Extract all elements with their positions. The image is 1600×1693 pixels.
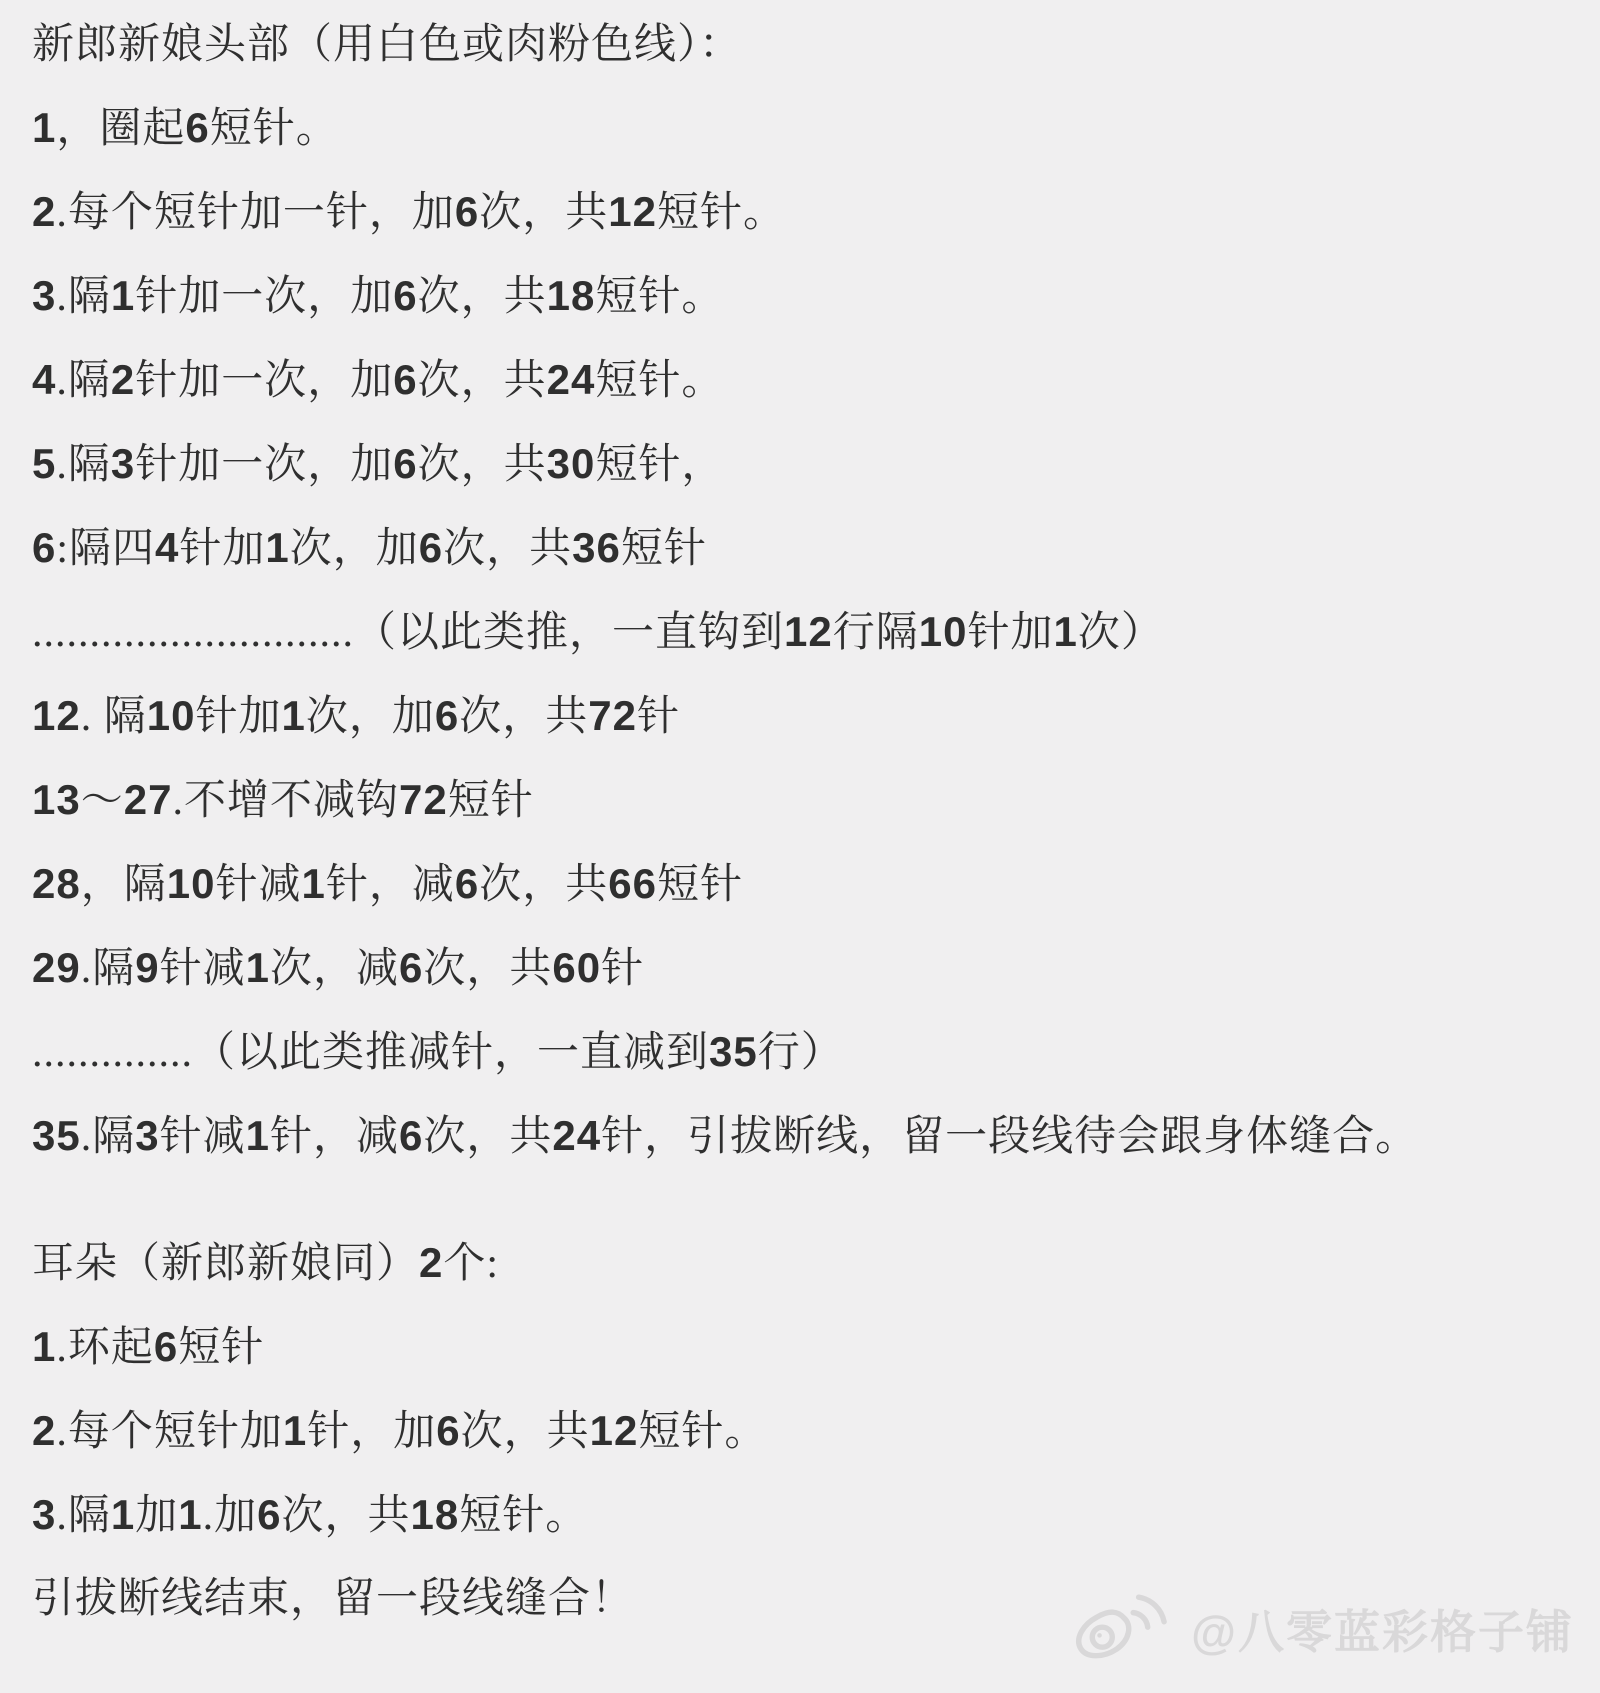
pattern-line: 6:隔四4针加1次，加6次，共36短针 <box>32 525 1572 572</box>
pattern-line: 28，隔10针减1针，减6次，共66短针 <box>32 861 1572 908</box>
pattern-document: 新郎新娘头部（用白色或肉粉色线）： 1，圈起6短针。 2.每个短针加一针，加6次… <box>0 0 1600 1622</box>
pattern-line: 5.隔3针加一次，加6次，共30短针， <box>32 441 1572 488</box>
pattern-line: 2.每个短针加1针，加6次，共12短针。 <box>32 1408 1572 1455</box>
pattern-line: 13～27.不增不减钩72短针 <box>32 777 1572 824</box>
section-title-head: 新郎新娘头部（用白色或肉粉色线）： <box>32 22 1572 68</box>
section-title-ears: 耳朵（新郎新娘同）2个: <box>32 1240 1572 1287</box>
pattern-line: 12. 隔10针加1次，加6次，共72针 <box>32 693 1572 740</box>
watermark: @八零蓝彩格子铺 <box>1075 1585 1574 1673</box>
pattern-line: 35.隔3针减1针，减6次，共24针，引拔断线，留一段线待会跟身体缝合。 <box>32 1113 1572 1160</box>
pattern-line: 3.隔1针加一次，加6次，共18短针。 <box>32 273 1572 320</box>
watermark-handle: @八零蓝彩格子铺 <box>1191 1596 1574 1662</box>
pattern-line: 1，圈起6短针。 <box>32 105 1572 152</box>
pattern-line-ellipsis: ............................（以此类推，一直钩到12… <box>32 609 1572 656</box>
pattern-line: 3.隔1加1.加6次，共18短针。 <box>32 1492 1572 1539</box>
pattern-line-ellipsis: ..............（以此类推减针，一直减到35行） <box>32 1029 1572 1076</box>
pattern-line: 1.环起6短针 <box>32 1324 1572 1371</box>
pattern-line: 4.隔2针加一次，加6次，共24短针。 <box>32 357 1572 404</box>
weibo-icon <box>1075 1585 1175 1673</box>
pattern-line: 2.每个短针加一针，加6次，共12短针。 <box>32 189 1572 236</box>
pattern-line: 29.隔9针减1次，减6次，共60针 <box>32 945 1572 992</box>
